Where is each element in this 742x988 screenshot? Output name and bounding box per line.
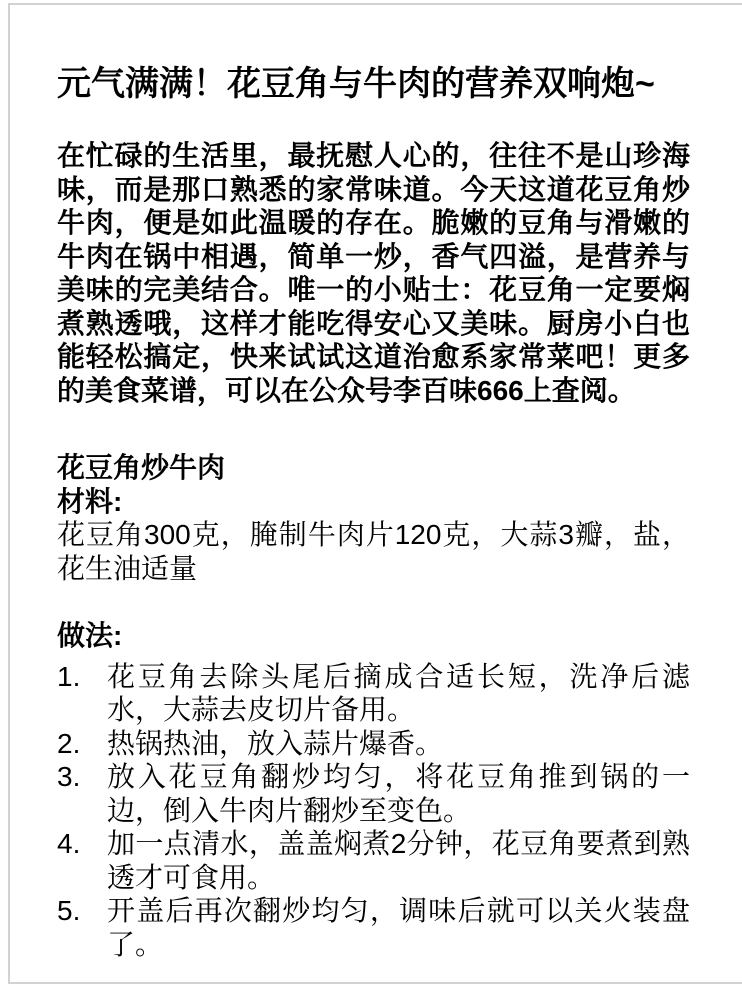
step-number: 2. xyxy=(57,727,107,761)
step-number: 3. xyxy=(57,760,107,827)
step-item: 3. 放入花豆角翻炒均匀，将花豆角推到锅的一边，倒入牛肉片翻炒至变色。 xyxy=(57,760,690,827)
step-text: 加一点清水，盖盖焖煮2分钟，花豆角要煮到熟透才可食用。 xyxy=(107,827,690,894)
step-text: 热锅热油，放入蒜片爆香。 xyxy=(107,727,690,761)
step-item: 4. 加一点清水，盖盖焖煮2分钟，花豆角要煮到熟透才可食用。 xyxy=(57,827,690,894)
step-text: 开盖后再次翻炒均匀，调味后就可以关火装盘了。 xyxy=(107,894,690,961)
step-number: 1. xyxy=(57,660,107,727)
materials-label: 材料: xyxy=(57,485,690,519)
step-item: 5. 开盖后再次翻炒均匀，调味后就可以关火装盘了。 xyxy=(57,894,690,961)
steps-list: 1. 花豆角去除头尾后摘成合适长短，洗净后滤水，大蒜去皮切片备用。 2. 热锅热… xyxy=(57,660,690,962)
step-item: 2. 热锅热油，放入蒜片爆香。 xyxy=(57,727,690,761)
document-title: 元气满满！花豆角与牛肉的营养双响炮~ xyxy=(57,63,690,105)
materials-text: 花豆角300克，腌制牛肉片120克，大蒜3瓣，盐，花生油适量 xyxy=(57,518,690,585)
step-number: 5. xyxy=(57,894,107,961)
steps-label: 做法: xyxy=(57,619,690,653)
intro-paragraph: 在忙碌的生活里，最抚慰人心的，往往不是山珍海味，而是那口熟悉的家常味道。今天这道… xyxy=(57,139,690,407)
step-text: 放入花豆角翻炒均匀，将花豆角推到锅的一边，倒入牛肉片翻炒至变色。 xyxy=(107,760,690,827)
step-item: 1. 花豆角去除头尾后摘成合适长短，洗净后滤水，大蒜去皮切片备用。 xyxy=(57,660,690,727)
step-text: 花豆角去除头尾后摘成合适长短，洗净后滤水，大蒜去皮切片备用。 xyxy=(107,660,690,727)
recipe-name-heading: 花豆角炒牛肉 xyxy=(57,451,690,485)
document-content: 元气满满！花豆角与牛肉的营养双响炮~ 在忙碌的生活里，最抚慰人心的，往往不是山珍… xyxy=(10,5,690,961)
step-number: 4. xyxy=(57,827,107,894)
document-page: 元气满满！花豆角与牛肉的营养双响炮~ 在忙碌的生活里，最抚慰人心的，往往不是山珍… xyxy=(8,3,742,984)
